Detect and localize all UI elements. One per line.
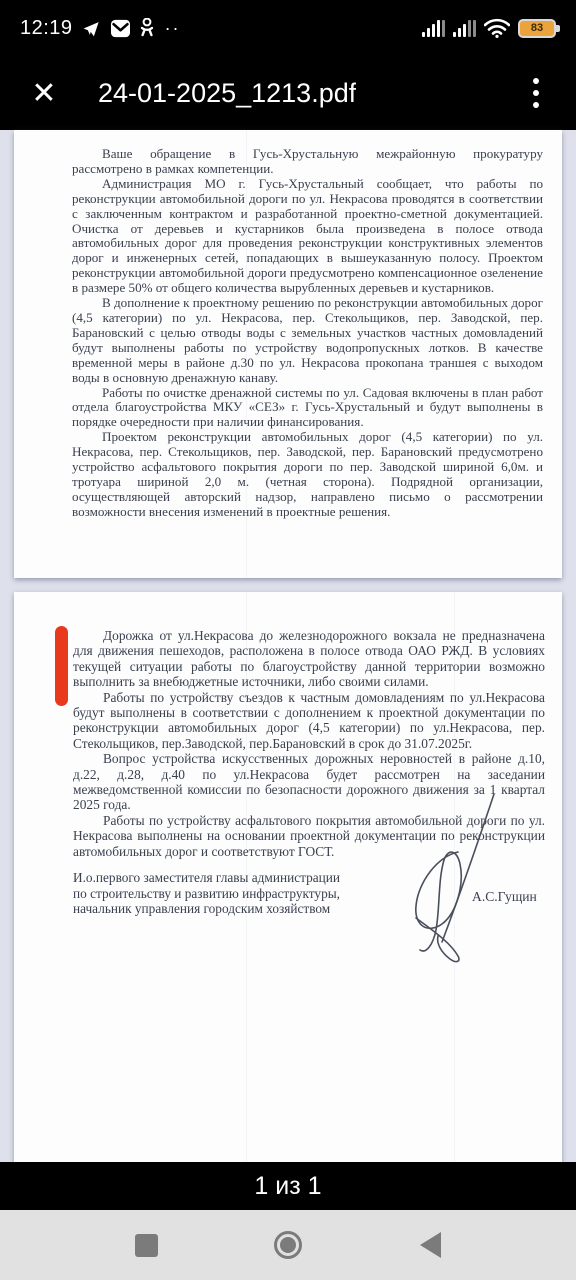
back-icon (420, 1232, 441, 1258)
recents-icon (135, 1234, 158, 1257)
signal-icon-sim1 (422, 19, 445, 37)
paragraph: Администрация МО г. Гусь-Хрустальный соо… (72, 177, 543, 296)
kebab-dot (533, 90, 539, 96)
pdf-viewer-toolbar: ✕ 24-01-2025_1213.pdf (0, 56, 576, 130)
page-indicator-label: 1 из 1 (254, 1172, 321, 1201)
pdf-page-2: Дорожка от ул.Некрасова до железнодорожн… (14, 592, 562, 1162)
signatory-title-line: И.о.первого заместителя главы администра… (73, 870, 403, 886)
paragraph: В дополнение к проектному решению по рек… (72, 296, 543, 385)
paragraph: Работы по очистке дренажной системы по у… (72, 386, 543, 431)
android-navigation-bar (0, 1210, 576, 1280)
wifi-icon (484, 18, 510, 38)
pdf-page-1: Ваше обращение в Гусь-Хрустальную межрай… (14, 130, 562, 578)
mail-icon (110, 19, 131, 38)
red-highlight-marker (55, 626, 68, 706)
document-title: 24-01-2025_1213.pdf (98, 78, 356, 109)
recents-button[interactable] (124, 1223, 168, 1267)
back-button[interactable] (408, 1223, 452, 1267)
paragraph: Ваше обращение в Гусь-Хрустальную межрай… (72, 147, 543, 177)
signatory-name: А.С.Гущин (472, 889, 537, 905)
clock: 12:19 (20, 17, 73, 40)
signatory-title-block: И.о.первого заместителя главы администра… (73, 870, 403, 917)
paragraph: Проектом реконструкции автомобильных дор… (72, 430, 543, 519)
telegram-icon (82, 19, 101, 38)
status-bar: 12:19 ·· 83 (0, 0, 576, 56)
scan-artifact-line (246, 130, 247, 578)
battery-percent: 83 (531, 22, 543, 34)
ok-icon (140, 18, 154, 38)
close-icon: ✕ (31, 76, 56, 111)
signatory-title-line: начальник управления городским хозяйство… (73, 901, 403, 917)
more-notifications-dots: ·· (165, 23, 181, 33)
pdf-viewer-canvas[interactable]: Ваше обращение в Гусь-Хрустальную межрай… (0, 130, 576, 1162)
overflow-menu-button[interactable] (516, 71, 556, 115)
paragraph-highlighted: Дорожка от ул.Некрасова до железнодорожн… (73, 628, 545, 690)
home-button[interactable] (266, 1223, 310, 1267)
kebab-dot (533, 102, 539, 108)
signatory-title-line: по строительству и развитию инфраструкту… (73, 886, 403, 902)
handwritten-signature (402, 790, 506, 976)
home-icon (274, 1231, 302, 1259)
signal-icon-sim2 (453, 19, 476, 37)
close-button[interactable]: ✕ (22, 71, 66, 115)
paragraph: Работы по устройству съездов к частным д… (73, 690, 545, 752)
battery-icon: 83 (518, 19, 556, 38)
kebab-dot (533, 78, 539, 84)
page-indicator: 1 из 1 (0, 1162, 576, 1210)
